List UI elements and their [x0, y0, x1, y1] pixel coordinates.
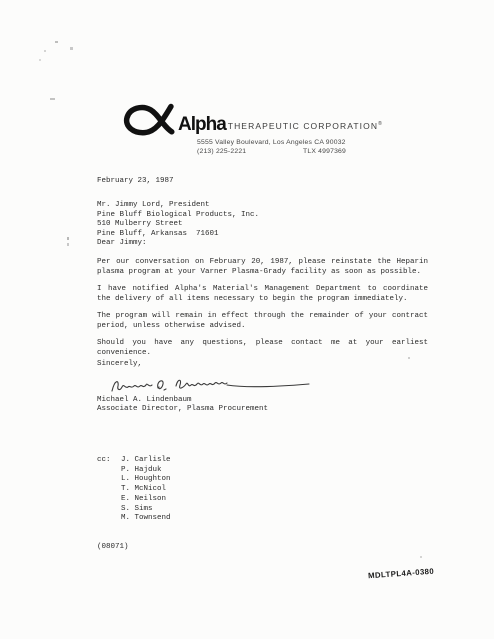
scan-speck: [55, 41, 58, 43]
cc-label: cc:: [97, 456, 121, 524]
paragraph-line: convenience.: [97, 349, 428, 359]
paragraph-line: I have notified Alpha's Material's Manag…: [97, 285, 428, 295]
letterhead-phone: (213) 225-2221: [197, 148, 246, 155]
letterhead-telex: TLX 4997369: [303, 148, 346, 155]
company-text: THERAPEUTIC CORPORATION: [228, 121, 378, 131]
handwritten-signature: [106, 371, 316, 399]
cc-name: E. Neilson: [121, 495, 171, 505]
brand-name: Alpha: [178, 115, 226, 140]
recipient-block: Mr. Jimmy Lord, President Pine Bluff Bio…: [97, 201, 259, 240]
letterhead-address: 5555 Valley Boulevard, Los Angeles CA 90…: [197, 139, 346, 146]
cc-name: P. Hajduk: [121, 466, 171, 476]
paragraph-line: the delivery of all items necessary to b…: [97, 295, 428, 305]
paragraph: Should you have any questions, please co…: [97, 339, 428, 358]
cc-name: M. Townsend: [121, 514, 171, 524]
bates-stamp: MDLTPL4A-0380: [368, 567, 435, 581]
paragraph-line: period, unless otherwise advised.: [97, 322, 428, 332]
paragraph-line: Per our conversation on February 20, 198…: [97, 258, 428, 268]
recipient-line: Pine Bluff Biological Products, Inc.: [97, 211, 259, 221]
letter-date: February 23, 1987: [97, 177, 174, 187]
scan-speck: [44, 50, 46, 52]
scan-speck: [67, 237, 69, 240]
cc-name: T. McNicol: [121, 485, 171, 495]
cc-block: cc: J. Carlisle P. Hajduk L. Houghton T.…: [97, 456, 171, 524]
paragraph-line: Should you have any questions, please co…: [97, 339, 428, 349]
scan-speck: [67, 243, 69, 246]
cc-name: S. Sims: [121, 505, 171, 515]
paragraph-line: The program will remain in effect throug…: [97, 312, 428, 322]
scan-speck: [50, 98, 55, 100]
letter-page: Alpha THERAPEUTIC CORPORATION® 5555 Vall…: [0, 0, 494, 639]
scan-speck: [39, 59, 41, 61]
company-name: THERAPEUTIC CORPORATION®: [228, 121, 382, 140]
closing: Sincerely,: [97, 360, 142, 370]
cc-name: L. Houghton: [121, 475, 171, 485]
salutation: Dear Jimmy:: [97, 239, 147, 249]
cc-list: J. Carlisle P. Hajduk L. Houghton T. McN…: [121, 456, 171, 524]
paragraph: The program will remain in effect throug…: [97, 312, 428, 331]
paragraph-line: plasma program at your Varner Plasma-Gra…: [97, 268, 428, 278]
paragraph: Per our conversation on February 20, 198…: [97, 258, 428, 277]
document-code: (08071): [97, 543, 129, 553]
alpha-logo-icon: [122, 100, 176, 140]
scan-speck: [420, 556, 422, 558]
trademark-symbol: ®: [378, 121, 382, 127]
letterhead: Alpha THERAPEUTIC CORPORATION®: [122, 100, 382, 140]
signature-name: Michael A. Lindenbaum: [97, 396, 192, 405]
recipient-line: 510 Mulberry Street: [97, 220, 259, 230]
recipient-line: Mr. Jimmy Lord, President: [97, 201, 259, 211]
scan-speck: [70, 47, 73, 50]
signature-title: Associate Director, Plasma Procurement: [97, 405, 268, 414]
cc-name: J. Carlisle: [121, 456, 171, 466]
paragraph: I have notified Alpha's Material's Manag…: [97, 285, 428, 304]
